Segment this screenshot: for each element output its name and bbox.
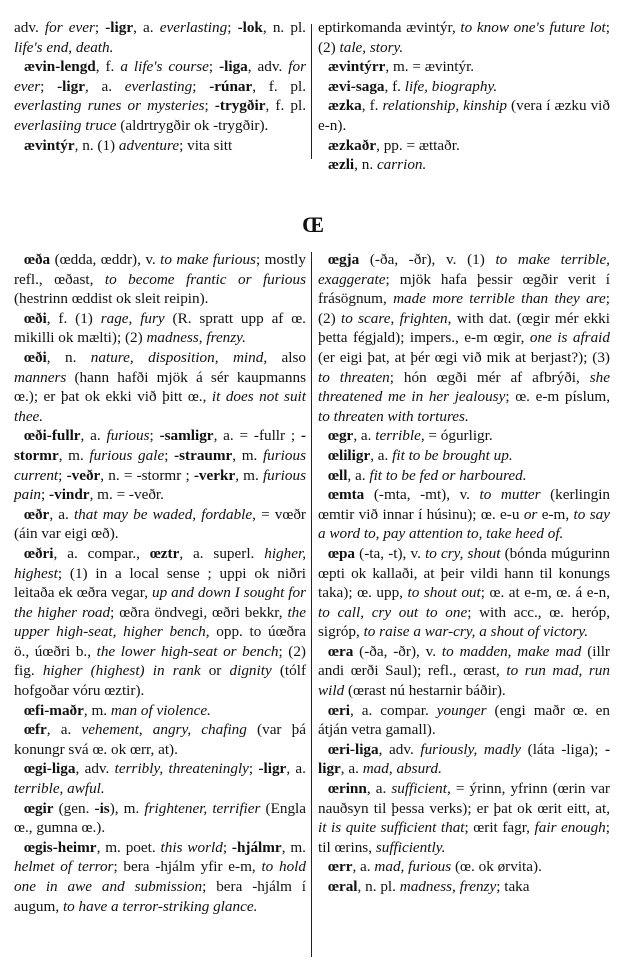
definition: frightener, terrifier (144, 800, 260, 817)
dictionary-entry: œmta (-mta, -mt), v. to mutter (kerlingi… (318, 485, 610, 544)
definition: rage, fury (101, 310, 165, 327)
dictionary-entry: œliligr, a. fit to be brought up. (318, 446, 610, 466)
headword: œra (328, 643, 353, 660)
headword: œgr (328, 427, 353, 444)
headword: œliligr (328, 447, 370, 464)
definition: furious (106, 427, 149, 444)
definition: this world (161, 839, 223, 856)
entry-text: , a. compar. (350, 702, 437, 719)
definition: to madden, make mad (442, 643, 581, 660)
entry-text: (œrast nú hestarnir báðir). (344, 682, 506, 699)
definition: fit to be brought up. (392, 447, 513, 464)
definition: madness, frenzy (400, 878, 496, 895)
entry-text: , f. pl. (252, 78, 306, 95)
headword: -samligr (160, 427, 214, 444)
entry-text: , a. (286, 760, 306, 777)
entry-text: , a. (352, 858, 374, 875)
definition: the lower high-seat or bench (97, 643, 279, 660)
headword: æzkaðr (328, 137, 376, 154)
headword: œði (24, 310, 47, 327)
definition: adventure (119, 137, 179, 154)
headword: œgja (328, 251, 359, 268)
entry-text: , a. = -fullr ; (214, 427, 301, 444)
dictionary-entry: œral, n. pl. madness, frenzy; taka (318, 877, 610, 897)
definition: to know one's future lot (460, 19, 605, 36)
headword: -veðr (67, 467, 101, 484)
headword: œztr (150, 545, 180, 562)
entry-text: ; (41, 486, 49, 503)
entry-text: , n. = -stormr ; (100, 467, 194, 484)
bottom-right-column: œgja (-ða, -ðr), v. (1) to make terrible… (318, 250, 610, 897)
definition: dignity (230, 662, 272, 679)
dictionary-entry: ævintýrr, m. = ævintýr. (318, 57, 610, 77)
entry-text: , f. (362, 97, 383, 114)
entry-text: , m. (84, 702, 111, 719)
definition: one is afraid (530, 329, 610, 346)
definition: everlasting (125, 78, 192, 95)
entry-text: ; (95, 19, 105, 36)
definition: everlasting (160, 19, 227, 36)
entry-text: , n. pl. (263, 19, 306, 36)
entry-text: adv. (14, 19, 45, 36)
dictionary-entry: œgir (gen. -is), m. frightener, terrifie… (14, 799, 306, 838)
headword: œri-liga (328, 741, 379, 758)
dictionary-entry: œri-liga, adv. furiously, madly (láta -l… (318, 740, 610, 779)
entry-text: , a. (353, 427, 375, 444)
entry-text: (hestrinn œddist ok sleit reipin). (14, 290, 208, 307)
entry-text: ; (58, 467, 66, 484)
headword: -verkr (194, 467, 235, 484)
definition: to mutter (480, 486, 541, 503)
headword: œfi-maðr (24, 702, 84, 719)
definition: to cry, shout (425, 545, 500, 562)
dictionary-entry: œði, f. (1) rage, fury (R. spratt upp af… (14, 309, 306, 348)
entry-text: , m. (235, 467, 263, 484)
definition: terribly, threateningly (115, 760, 249, 777)
headword: ævin-lengd (24, 58, 96, 75)
entry-text: ; (150, 427, 160, 444)
entry-text: e-m, (537, 506, 573, 523)
dictionary-entry: œðri, a. compar., œztr, a. superl. highe… (14, 544, 306, 701)
entry-text: (er eigi þat, at þér œgi við mik at berj… (318, 349, 610, 366)
dictionary-entry: œll, a. fit to be fed or harboured. (318, 466, 610, 486)
definition: to raise a war-cry, a shout of victory. (364, 623, 589, 640)
dictionary-entry: œgja (-ða, -ðr), v. (1) to make terrible… (318, 250, 610, 426)
headword: œðri (24, 545, 54, 562)
definition: made more terrible than they are (393, 290, 606, 307)
entry-continuation: eptirkomanda ævintýr, to know one's futu… (318, 18, 610, 57)
entry-text: (-mta, -mt), v. (364, 486, 479, 503)
entry-text: (aldrtrygðir ok -trygðir). (117, 117, 269, 134)
bottom-left-column: œða (œdda, œddr), v. to make furious; mo… (14, 250, 306, 916)
headword: œpa (328, 545, 355, 562)
dictionary-entry: œgr, a. terrible, = ógurligr. (318, 426, 610, 446)
headword: -hjálmr (232, 839, 282, 856)
headword: -is (95, 800, 110, 817)
entry-text: (-ta, -t), v. (355, 545, 425, 562)
definition: furiously, madly (420, 741, 521, 758)
definition: relationship, kinship (382, 97, 507, 114)
entry-text: , f. (96, 58, 121, 75)
entry-text: (œ. ok ørvita). (451, 858, 542, 875)
entry-text: or (201, 662, 230, 679)
headword: œðr (24, 506, 49, 523)
dictionary-entry: æzli, n. carrion. (318, 155, 610, 175)
column-divider-top (311, 24, 312, 159)
dictionary-entry: æzka, f. relationship, kinship (vera í æ… (318, 96, 610, 135)
headword: œfr (24, 721, 47, 738)
entry-text: , n. (354, 156, 377, 173)
entry-text: ; hón œgði mér af afbrýði, (390, 369, 590, 386)
headword: œrinn (328, 780, 367, 797)
entry-text: (œdda, œddr), v. (50, 251, 160, 268)
headword: -ligr (105, 19, 133, 36)
entry-text: ), m. (110, 800, 145, 817)
headword: œgir (24, 800, 54, 817)
definition: sufficiently. (376, 839, 446, 856)
definition: madness, frenzy. (146, 329, 245, 346)
entry-text: , f. pl. (265, 97, 306, 114)
headword: œrr (328, 858, 352, 875)
entry-text: eptirkomanda ævintýr, (318, 19, 460, 36)
definition: vehement, angry, chafing (81, 721, 246, 738)
headword: ævintýrr (328, 58, 385, 75)
definition: terrible (375, 427, 421, 444)
definition: that may be waded, fordable, (74, 506, 256, 523)
entry-text: , m. = -veðr. (90, 486, 164, 503)
definition: to call, cry out to one (318, 604, 467, 621)
entry-text: (gen. (54, 800, 95, 817)
entry-text: ; taka (496, 878, 529, 895)
entry-text: , m. (282, 839, 306, 856)
entry-text: ; œ. at e-m, œ. á e-n, (481, 584, 610, 601)
headword: -rúnar (209, 78, 252, 95)
entry-text: ; (192, 78, 209, 95)
dictionary-entry: œra (-ða, -ðr), v. to madden, make mad (… (318, 642, 610, 701)
entry-text: ; bera -hjálm yfir e-m, (113, 858, 261, 875)
definition: it is quite sufficient that (318, 819, 465, 836)
definition: to become frantic or furious (105, 271, 306, 288)
headword: œri (328, 702, 350, 719)
dictionary-entry: œði, n. nature, disposition, mind, also … (14, 348, 306, 426)
definition: to make furious (160, 251, 256, 268)
entry-text: ; (40, 78, 57, 95)
entry-text: , a. (47, 721, 82, 738)
definition: terrible, awful. (14, 780, 105, 797)
dictionary-entry: œri, a. compar. younger (engi maðr œ. en… (318, 701, 610, 740)
headword: -trygðir (215, 97, 266, 114)
entry-text: , a. (49, 506, 74, 523)
entry-text: also (267, 349, 306, 366)
entry-text: , m. (59, 447, 90, 464)
dictionary-entry: œgis-heimr, m. poet. this world; -hjálmr… (14, 838, 306, 916)
dictionary-entry: ævin-lengd, f. a life's course; -liga, a… (14, 57, 306, 135)
definition: mad, furious (374, 858, 451, 875)
headword: œði (24, 349, 47, 366)
headword: œral (328, 878, 358, 895)
definition: life, biography. (405, 78, 497, 95)
headword: ævintýr (24, 137, 75, 154)
definition: to have a terror-striking glance. (63, 898, 257, 915)
dictionary-entry: œrr, a. mad, furious (œ. ok ørvita). (318, 857, 610, 877)
dictionary-entry: œðr, a. that may be waded, fordable, = v… (14, 505, 306, 544)
entry-text: , a. superl. (179, 545, 264, 562)
headword: -vindr (49, 486, 90, 503)
definition: nature, disposition, mind, (91, 349, 267, 366)
entry-text: , a. (133, 19, 160, 36)
entry-text: , adv. (75, 760, 114, 777)
entry-text: , m. poet. (97, 839, 161, 856)
headword: ævi-saga (328, 78, 385, 95)
headword: æzli (328, 156, 354, 173)
entry-text: ; (227, 19, 237, 36)
definition: to scare, frighten (341, 310, 448, 327)
entry-text: , a. (341, 760, 363, 777)
dictionary-entry: œrinn, a. sufficient, = ýrinn, yfrinn (œ… (318, 779, 610, 857)
entry-text: , n. pl. (358, 878, 400, 895)
definition: or (524, 506, 538, 523)
definition: for ever (45, 19, 95, 36)
top-right-column: eptirkomanda ævintýr, to know one's futu… (318, 18, 610, 175)
entry-text: ; vita sitt (179, 137, 232, 154)
entry-text: , f. (1) (47, 310, 101, 327)
dictionary-entry: ævintýr, n. (1) adventure; vita sitt (14, 136, 306, 156)
entry-text: ; (223, 839, 232, 856)
headword: -straumr (174, 447, 232, 464)
entry-text: , a. (81, 427, 107, 444)
entry-text: ; œ. e-m píslum, (505, 388, 610, 405)
headword: -ligr (258, 760, 286, 777)
entry-text: , a. compar., (54, 545, 150, 562)
letter-section-heading: Œ (0, 212, 625, 238)
entry-text: , adv. (379, 741, 421, 758)
entry-text: (láta -liga); (521, 741, 605, 758)
entry-text: , n. (47, 349, 91, 366)
headword: -ligr (57, 78, 85, 95)
definition: mad, absurd. (363, 760, 442, 777)
top-left-column: adv. for ever; -ligr, a. everlasting; -l… (14, 18, 306, 155)
dictionary-entry: æzkaðr, pp. = ættaðr. (318, 136, 610, 156)
dictionary-entry: ævi-saga, f. life, biography. (318, 77, 610, 97)
entry-text: , m. (232, 447, 263, 464)
definition: to threaten with tortures. (318, 408, 469, 425)
definition: carrion. (377, 156, 426, 173)
entry-text: , a. (85, 78, 125, 95)
headword: œði-fullr (24, 427, 81, 444)
definition: man of violence. (111, 702, 211, 719)
entry-text: , a. (347, 467, 369, 484)
definition: tale, story. (340, 39, 404, 56)
dictionary-entry: œða (œdda, œddr), v. to make furious; mo… (14, 250, 306, 309)
definition: life's end, death. (14, 39, 113, 56)
entry-text: , = ógurligr. (421, 427, 493, 444)
column-divider-bottom (311, 252, 312, 957)
entry-text: , n. (1) (75, 137, 119, 154)
definition: to shout out (408, 584, 481, 601)
definition: fit to be fed or harboured. (369, 467, 526, 484)
entry-continuation: adv. for ever; -ligr, a. everlasting; -l… (14, 18, 306, 57)
entry-text: ; (209, 58, 219, 75)
dictionary-entry: œði-fullr, a. furious; -samligr, a. = -f… (14, 426, 306, 504)
definition: fair enough (535, 819, 606, 836)
definition: a life's course (120, 58, 209, 75)
headword: œgi-liga (24, 760, 75, 777)
dictionary-entry: œfi-maðr, m. man of violence. (14, 701, 306, 721)
definition: manners (14, 369, 66, 386)
headword: œða (24, 251, 50, 268)
headword: œmta (328, 486, 364, 503)
definition: higher (highest) in rank (43, 662, 201, 679)
entry-text: , adv. (248, 58, 288, 75)
dictionary-entry: œpa (-ta, -t), v. to cry, shout (bónda m… (318, 544, 610, 642)
dictionary-entry: œfr, a. vehement, angry, chafing (var þá… (14, 720, 306, 759)
dictionary-entry: œgi-liga, adv. terribly, threateningly; … (14, 759, 306, 798)
entry-text: , a. (370, 447, 392, 464)
entry-text: , m. = ævintýr. (385, 58, 474, 75)
headword: æzka (328, 97, 362, 114)
definition: helmet of terror (14, 858, 113, 875)
definition: sufficient (391, 780, 447, 797)
definition: furious gale (89, 447, 164, 464)
headword: œgis-heimr (24, 839, 97, 856)
definition: younger (437, 702, 487, 719)
definition: everlasiing truce (14, 117, 117, 134)
entry-text: , f. (385, 78, 405, 95)
entry-text: ; (205, 97, 215, 114)
entry-text: , a. (367, 780, 391, 797)
definition: to threaten (318, 369, 390, 386)
definition: everlasting runes or mysteries (14, 97, 205, 114)
entry-text: (-ða, -ðr), v. (353, 643, 442, 660)
entry-text: ; œrit fagr, (465, 819, 535, 836)
headword: œll (328, 467, 347, 484)
entry-text: (-ða, -ðr), v. (1) (359, 251, 495, 268)
headword: -lok (238, 19, 263, 36)
entry-text: ; (164, 447, 174, 464)
headword: -liga (219, 58, 248, 75)
entry-text: ; œðra öndvegi, œðri bekkr, (110, 604, 287, 621)
entry-text: , pp. = ættaðr. (376, 137, 460, 154)
